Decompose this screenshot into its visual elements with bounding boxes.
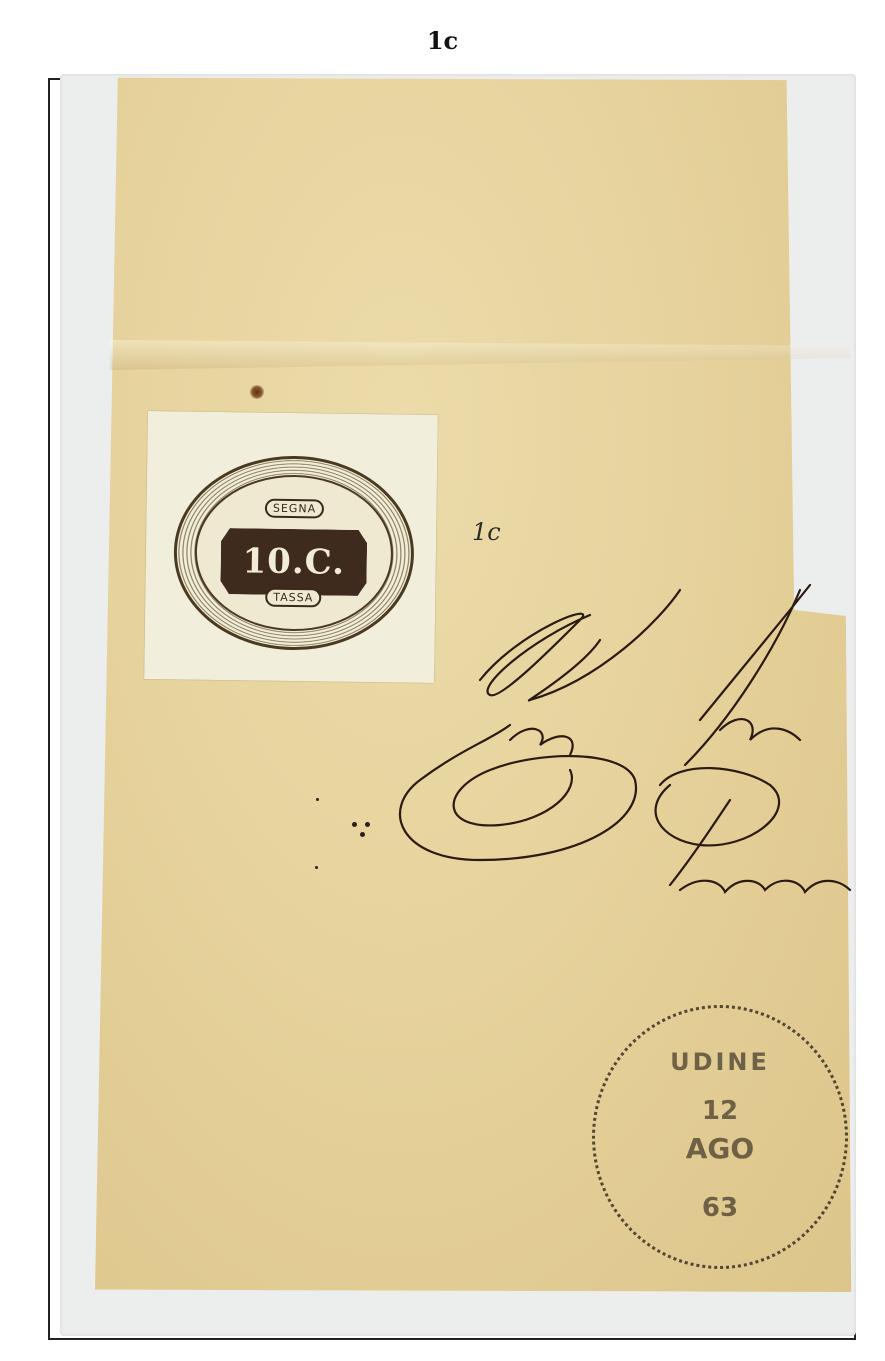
postmark-town: UDINE [595, 1048, 845, 1076]
handwritten-address [380, 570, 860, 920]
ink-stain [250, 385, 264, 399]
circular-datestamp: UDINE 12 AGO 63 [592, 1005, 848, 1269]
postmark-year: 63 [595, 1193, 845, 1223]
pencil-catalog-note: 1c [472, 518, 501, 546]
page-title: 1c [0, 26, 885, 55]
stamp-bottom-label: TASSA [265, 588, 321, 608]
postmark-month: AGO [595, 1132, 845, 1165]
stamp-value-tablet: 10.C. [220, 528, 367, 596]
stamp-center: SEGNA 10.C. TASSA [194, 474, 394, 633]
stamp-oval-frame: SEGNA 10.C. TASSA [173, 454, 416, 651]
stamp-top-label: SEGNA [265, 499, 324, 519]
stamp-value: 10.C. [242, 541, 345, 582]
postmark-day: 12 [595, 1096, 845, 1126]
